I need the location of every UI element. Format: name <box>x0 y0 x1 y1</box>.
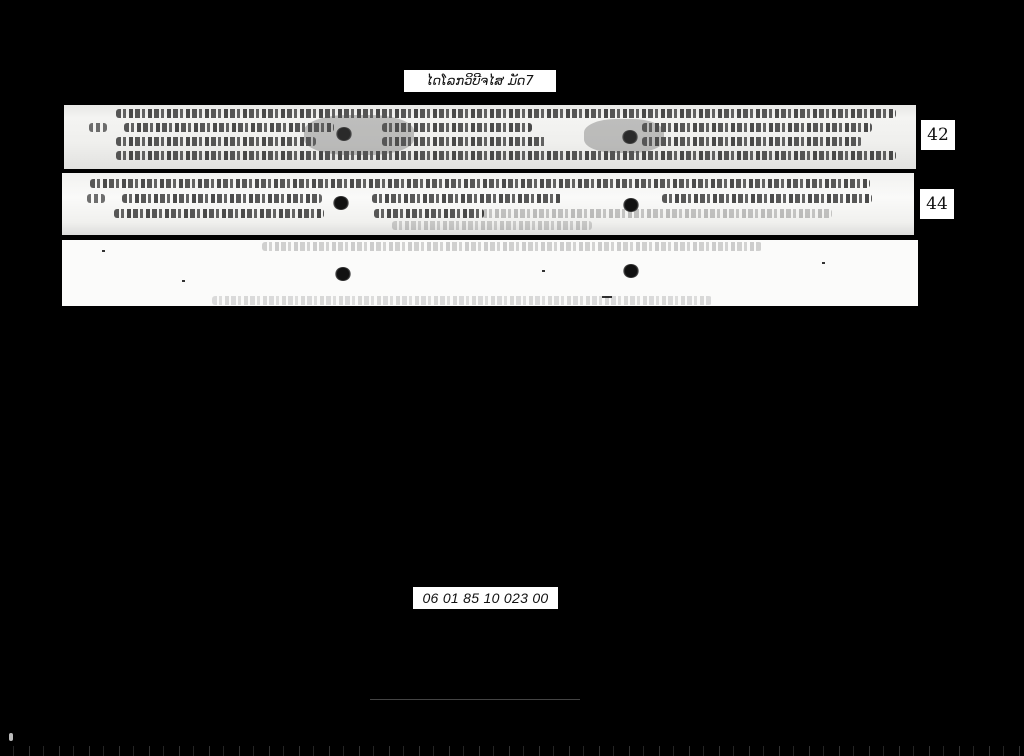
bleed-through-marks <box>212 296 712 305</box>
manuscript-title-label: ໄດໂລກວິບີຈໄສ ມັດ7 <box>404 70 556 92</box>
film-speck <box>9 733 13 741</box>
palm-leaf-2 <box>62 173 914 235</box>
stain <box>584 119 664 153</box>
script-line <box>642 123 872 132</box>
palm-leaf-1 <box>64 105 916 169</box>
speck <box>102 250 105 252</box>
script-line <box>642 137 862 146</box>
bleed-through-marks <box>262 242 762 251</box>
margin-mark <box>89 123 107 132</box>
speck <box>822 262 825 264</box>
script-line <box>116 137 316 146</box>
script-line <box>114 209 324 218</box>
script-line <box>124 123 334 132</box>
film-scratch <box>370 699 580 700</box>
margin-mark <box>87 194 105 203</box>
page-number-label: 44 <box>920 189 954 219</box>
script-line <box>90 179 870 188</box>
faded-script-line <box>482 209 832 218</box>
manuscript-title-text: ໄດໂລກວິບີຈໄສ ມັດ7 <box>426 74 533 89</box>
binding-hole <box>623 198 639 212</box>
film-edge-noise <box>0 746 1024 756</box>
catalog-number-text: 06 01 85 10 023 00 <box>422 590 548 606</box>
stain <box>304 115 414 155</box>
script-line <box>116 109 896 118</box>
script-line <box>662 194 872 203</box>
script-line <box>116 151 896 160</box>
palm-leaf-3 <box>62 240 918 306</box>
script-line <box>372 194 562 203</box>
speck <box>182 280 185 282</box>
page-number-text: 42 <box>927 125 949 145</box>
catalog-number-label: 06 01 85 10 023 00 <box>413 587 558 609</box>
page-number-text: 44 <box>926 194 948 214</box>
speck <box>542 270 545 272</box>
faded-script-line <box>392 221 592 230</box>
page-number-label: 42 <box>921 120 955 150</box>
script-line <box>122 194 322 203</box>
binding-hole <box>333 196 349 210</box>
script-line <box>374 209 484 218</box>
binding-hole <box>623 264 639 278</box>
binding-hole <box>335 267 351 281</box>
